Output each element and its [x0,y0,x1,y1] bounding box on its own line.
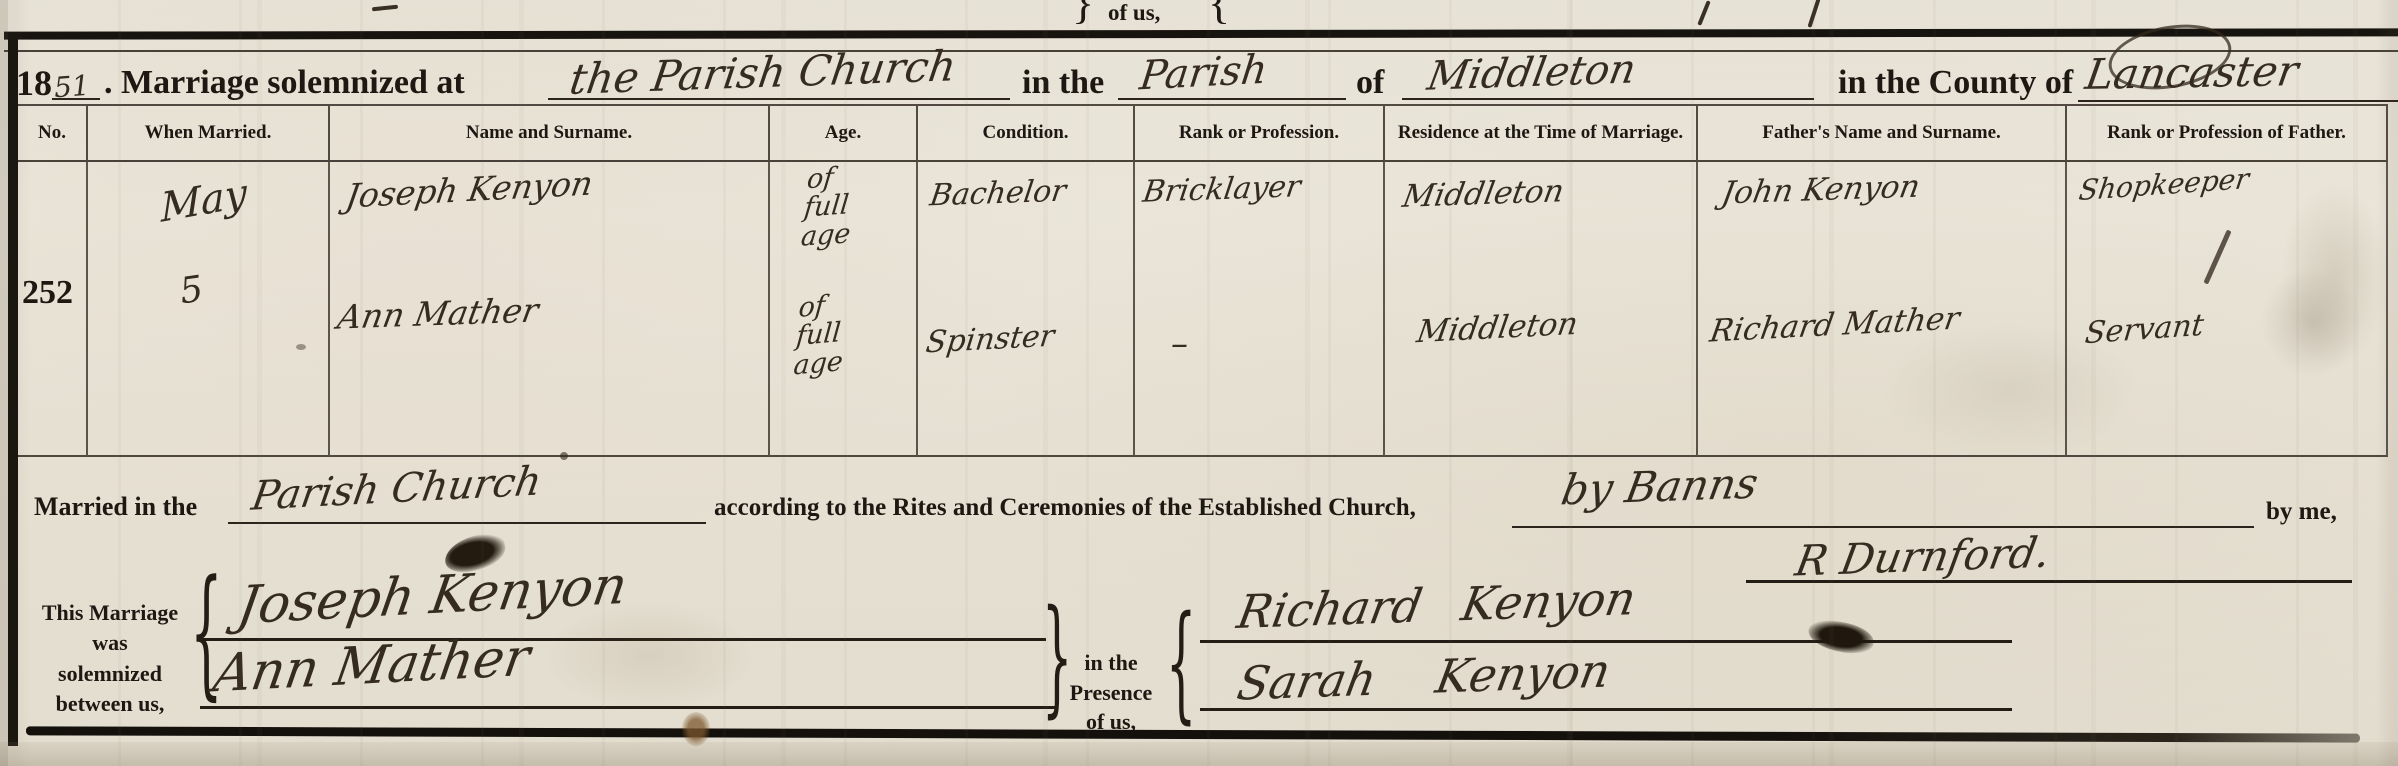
table-header-row: No. When Married. Name and Surname. Age.… [18,104,2388,162]
left-border-rule [8,34,18,746]
title-of: of [1356,64,1384,102]
table-data-row: 252 May 5 Joseph Kenyon Ann Mather of fu… [18,162,2388,457]
cell-names: Joseph Kenyon Ann Mather [330,162,770,457]
label-line: was [24,628,196,658]
label-line: Presence [1060,678,1162,708]
ceremony-place-underline [228,522,706,524]
label-line: in the [1060,648,1162,678]
groom-signature: Joseph Kenyon [233,556,631,637]
married-in-the-label: Married in the [34,492,197,522]
groom-condition: Bachelor [928,174,1069,214]
title-in-the: in the [1022,64,1104,102]
pen-stroke [372,5,398,12]
top-heavy-rule [4,28,2398,39]
col-header-when-married: When Married. [88,104,330,162]
ceremony-by-underline [1512,526,2254,528]
bride-signature-underline [200,706,1058,709]
prev-of-us-label: of us, [1108,0,1160,26]
title-parish-name-written: Middleton [1424,46,1639,100]
cell-when-married: May 5 [88,162,330,457]
cell-ranks: Bricklayer – [1135,162,1385,457]
when-married-day: 5 [177,269,205,313]
title-marriage-solemnized: . Marriage solemnized at [104,64,465,102]
groom-age: of full age [800,161,879,252]
edge-smudge [0,742,2398,766]
bride-rank-dash: – [1171,324,1188,364]
groom-name: Joseph Kenyon [343,163,596,215]
bride-father-rank: Servant [2083,308,2205,352]
cell-ages: of full age of full age [770,162,918,457]
this-marriage-label: This Marriage was solemnized between us, [24,598,196,719]
title-parish-underline [1118,98,1346,100]
title-parish-written: Parish [1137,46,1270,99]
witness-signature-1: Richard Kenyon [1233,571,1640,639]
officiant-underline [1746,580,2352,583]
ceremony-by-written: by Banns [1558,458,1762,514]
label-line: This Marriage [24,598,196,628]
witness-1-underline [1200,640,2012,643]
bride-father-name: Richard Mather [1707,300,1962,349]
title-county-underline [2078,100,2398,102]
groom-father-name: John Kenyon [1719,168,1923,211]
cell-father-names: John Kenyon Richard Mather [1698,162,2067,457]
pen-stroke [1697,0,1710,26]
by-me-label: by me, [2266,498,2337,526]
cell-no: 252 [18,162,88,457]
groom-residence: Middleton [1400,173,1567,215]
title-county-label: in the County of [1838,64,2073,102]
bride-residence: Middleton [1414,306,1580,351]
ceremony-place-written: Parish Church [249,458,545,520]
title-place-underline [548,98,1010,100]
when-married-month: May [160,170,248,232]
witness-2-underline [1200,708,2012,711]
label-line: between us, [24,689,196,719]
year-printed: 18 [16,62,52,104]
col-header-residence: Residence at the Time of Marriage. [1385,104,1698,162]
prev-brace-left: { [1208,0,1230,29]
entry-number: 252 [22,274,73,312]
witnesses-brace-left: { [1166,601,1197,727]
groom-father-rank: Shopkeeper [2077,162,2251,207]
cell-father-ranks: Shopkeeper Servant [2067,162,2388,457]
col-header-no: No. [18,104,88,162]
col-header-father-name: Father's Name and Surname. [1698,104,2067,162]
pen-stroke [2203,229,2231,284]
cell-residences: Middleton Middleton [1385,162,1698,457]
officiant-signature: R Durnford. [1792,527,2055,585]
col-header-condition: Condition. [918,104,1135,162]
col-header-age: Age. [770,104,918,162]
title-parish-name-underline [1402,98,1814,100]
prev-brace-right: } [1072,0,1094,29]
bride-age: of full age [792,288,869,380]
col-header-rank: Rank or Profession. [1135,104,1385,162]
marriage-register-scan: } of us, { 18 51 . Marriage solemnized a… [0,0,2398,766]
in-presence-label: in the Presence of us, [1060,648,1162,737]
pen-stroke [1807,0,1820,28]
ink-blot [1806,618,1876,657]
col-header-father-rank: Rank or Profession of Father. [2067,104,2388,162]
year-underline [52,98,100,100]
witness-signature-2: Sarah Kenyon [1233,643,1614,710]
register-table: No. When Married. Name and Surname. Age.… [18,104,2388,457]
col-header-name-surname: Name and Surname. [330,104,770,162]
label-line: solemnized [24,659,196,689]
bride-condition: Spinster [924,319,1056,361]
bride-name: Ann Mather [335,290,542,336]
rites-text: according to the Rites and Ceremonies of… [714,494,1416,522]
smudge-stain [2257,262,2367,382]
cell-conditions: Bachelor Spinster [918,162,1135,457]
groom-rank: Bricklayer [1141,169,1303,210]
